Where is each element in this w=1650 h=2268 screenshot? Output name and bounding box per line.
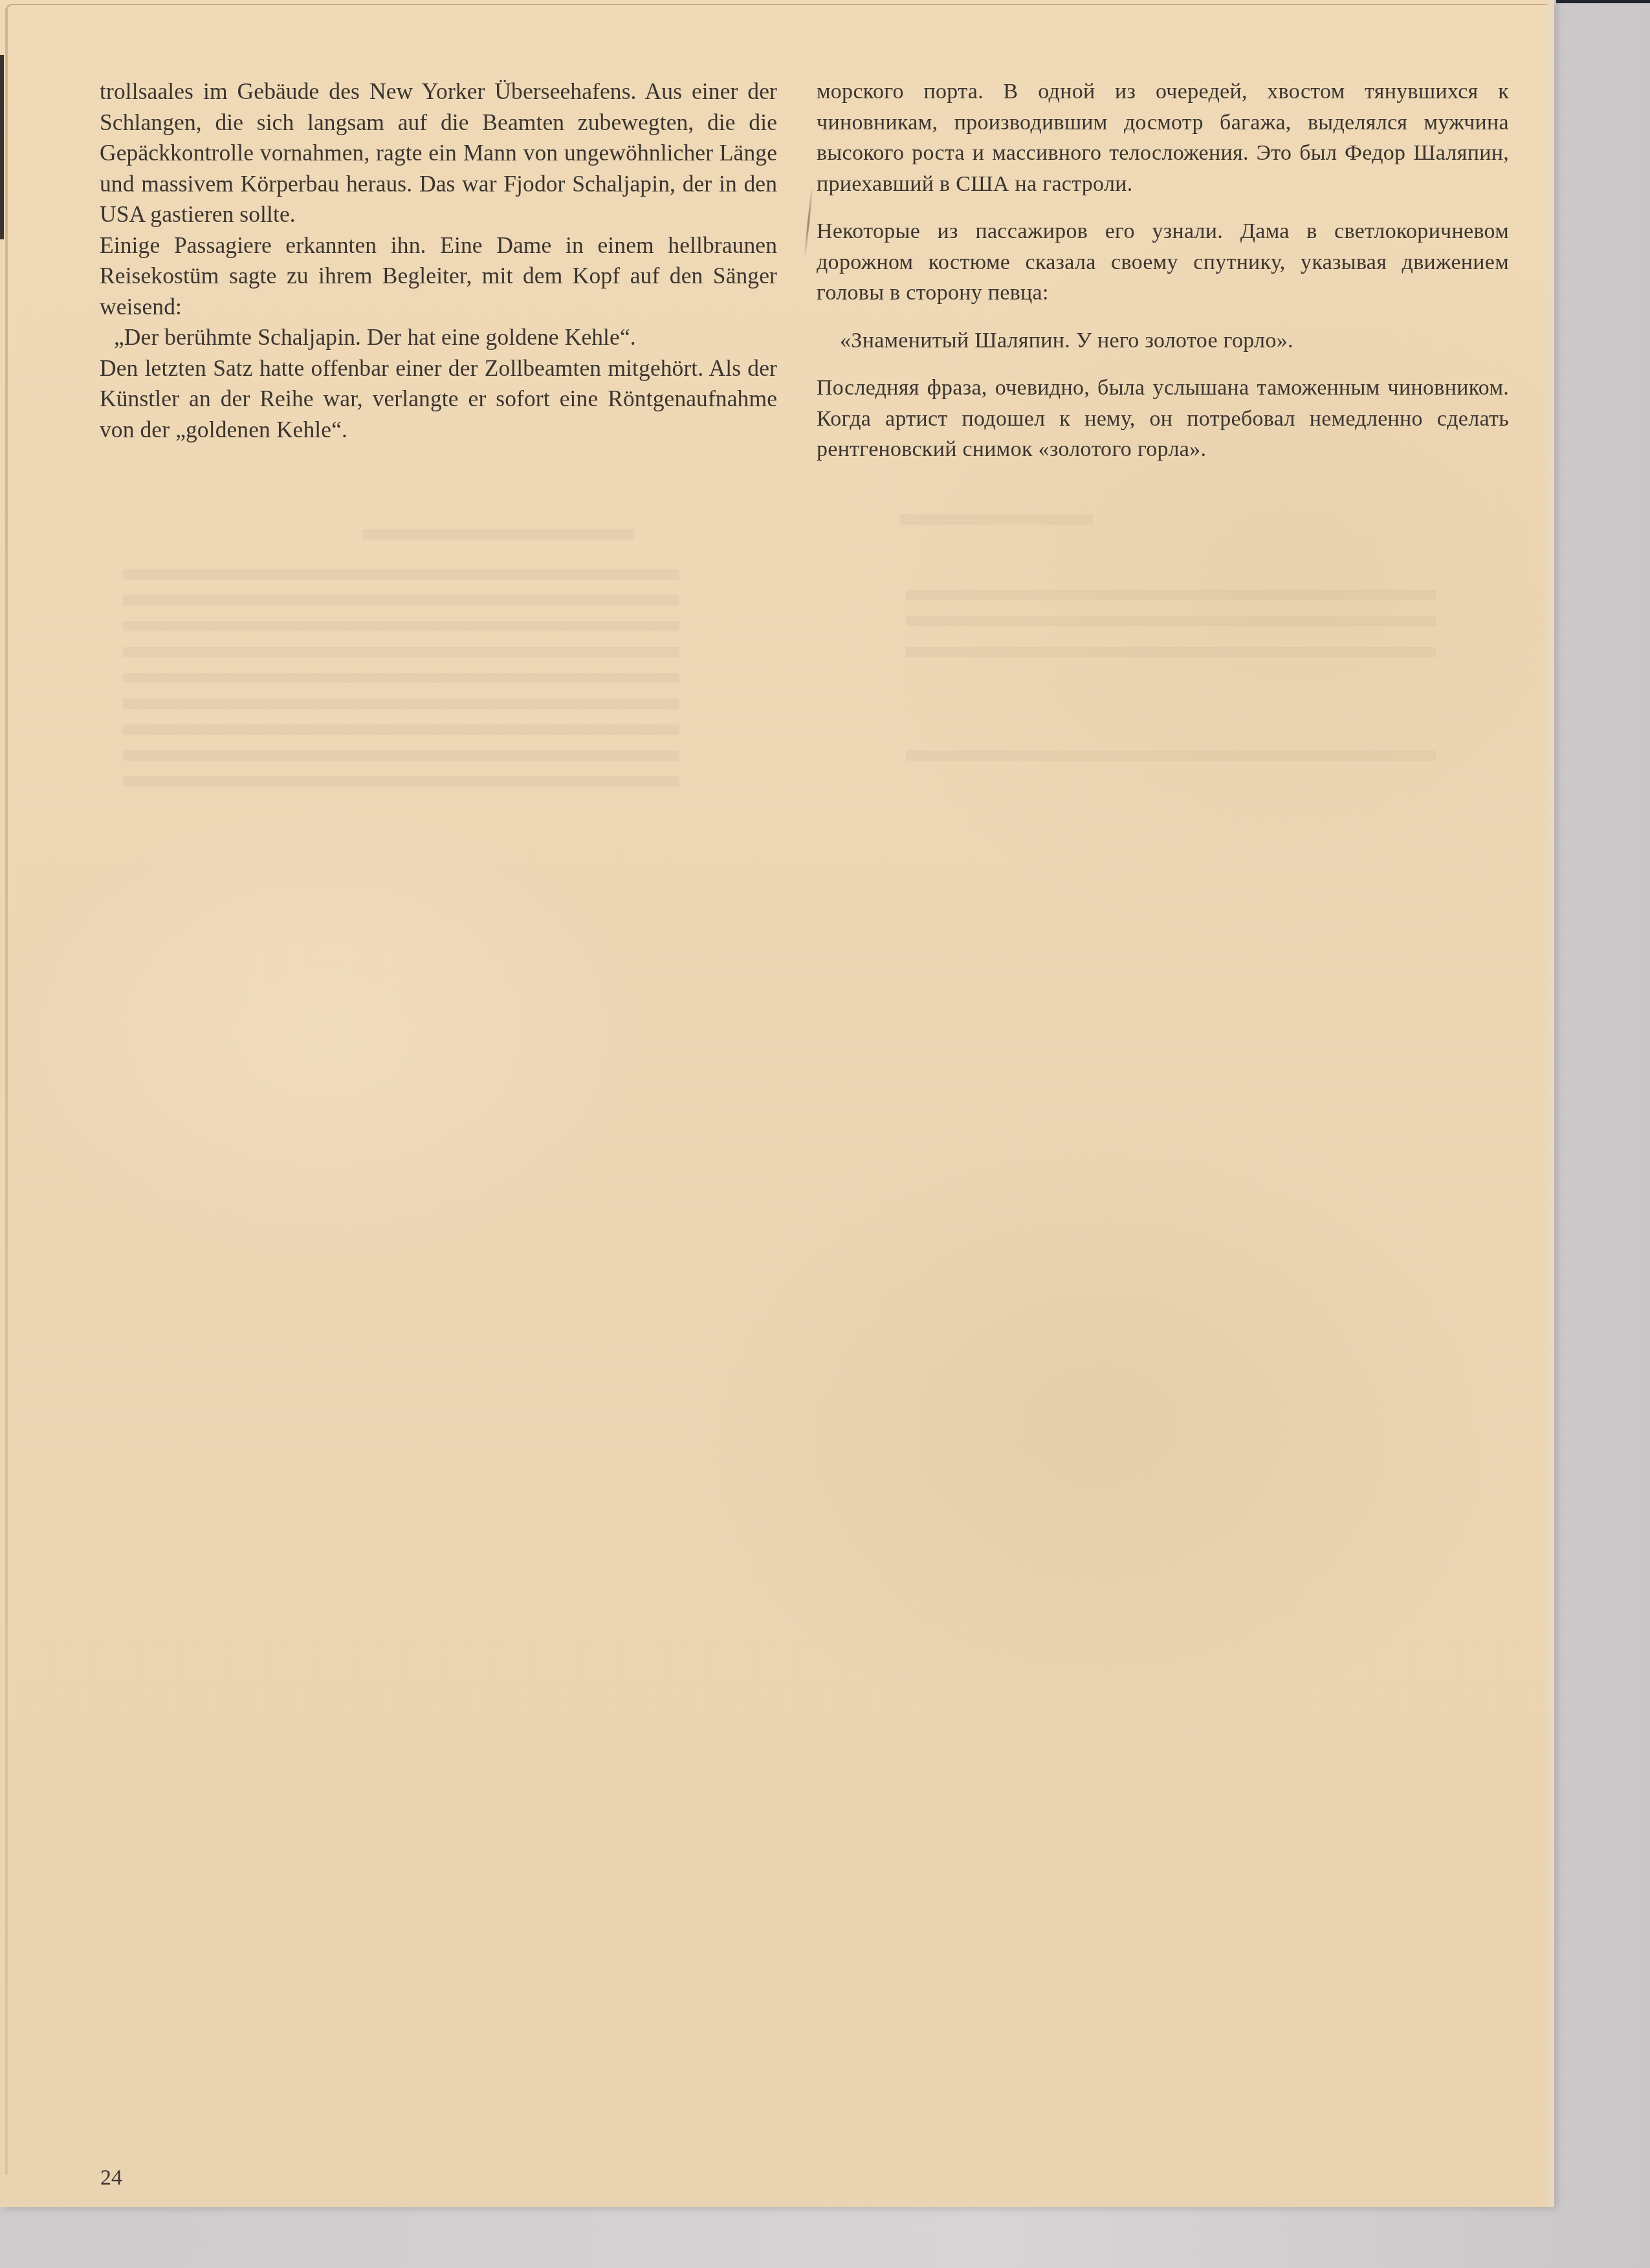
russian-paragraph-1: морского порта. В одной из очередей, хво…: [817, 76, 1509, 199]
binding-shadow: [0, 55, 4, 239]
show-through-mark: [123, 776, 679, 787]
document-page: trollsaales im Gebäude des New Yorker Üb…: [0, 0, 1554, 2207]
german-paragraph-3: Den letzten Satz hatte offenbar einer de…: [100, 353, 777, 446]
show-through-mark: [362, 529, 634, 540]
show-through-mark: [906, 647, 1436, 657]
page-top-edge: [6, 4, 1548, 9]
page-binding-edge: [5, 8, 8, 2175]
scanner-edge-strip: [1556, 0, 1650, 3]
show-through-mark: [906, 750, 1436, 761]
german-paragraph-1: trollsaales im Gebäude des New Yorker Üb…: [100, 76, 777, 230]
show-through-mark: [123, 725, 679, 735]
russian-paragraph-3: Последняя фраза, очевидно, была услышана…: [817, 373, 1509, 465]
russian-text-column: морского порта. В одной из очередей, хво…: [817, 76, 1509, 482]
show-through-mark: [906, 590, 1436, 600]
show-through-mark: [906, 616, 1436, 626]
show-through-mark: [123, 621, 679, 631]
show-through-mark: [123, 750, 679, 761]
paper-crease-mark: [804, 186, 813, 257]
german-text-column: trollsaales im Gebäude des New Yorker Üb…: [100, 76, 777, 445]
show-through-mark: [899, 514, 1094, 525]
page-right-edge: [1543, 0, 1554, 2207]
show-through-mark: [123, 673, 679, 683]
russian-quote: «Знаменитый Шаляпин. У него золотое горл…: [817, 325, 1509, 356]
show-through-mark: [123, 699, 679, 709]
show-through-mark: [123, 569, 679, 580]
german-quote: „Der berühmte Schaljapin. Der hat eine g…: [100, 322, 777, 353]
show-through-mark: [123, 647, 679, 657]
russian-paragraph-2: Некоторые из пассажиров его узнали. Дама…: [817, 216, 1509, 309]
page-number: 24: [100, 2166, 122, 2190]
show-through-mark: [123, 595, 679, 605]
german-paragraph-2: Einige Passagiere erkannten ihn. Eine Da…: [100, 230, 777, 323]
